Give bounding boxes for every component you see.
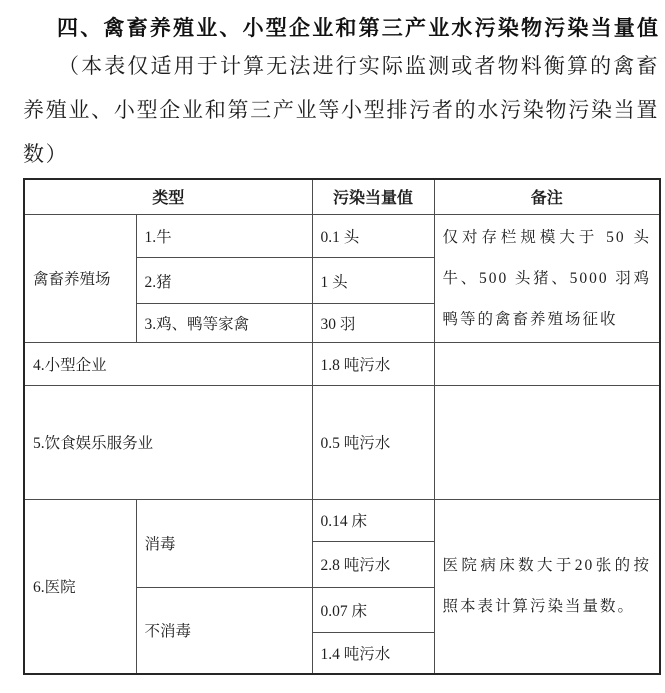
col-header-type: 类型 [24,179,312,214]
document-page: 四、禽畜养殖业、小型企业和第三产业水污染物污染当量值 （本表仅适用于计算无法进行… [0,0,665,693]
intro-paragraph: （本表仅适用于计算无法进行实际监测或者物料衡算的禽畜养殖业、小型企业和第三产业等… [23,44,659,176]
row-catering-service: 5.饮食娱乐服务业 0.5 吨污水 [24,385,660,499]
cell-value-undisinfected-bed: 0.07 床 [312,587,434,632]
cell-group-livestock-farm: 禽畜养殖场 [24,214,136,342]
cell-value-disinfected-water: 2.8 吨污水 [312,541,434,587]
cell-value-small-enterprise: 1.8 吨污水 [312,342,434,385]
cell-remark-hospital: 医院病床数大于20张的按照本表计算污染当量数。 [434,499,660,674]
cell-type-disinfected: 消毒 [136,499,312,587]
cell-type-poultry: 3.鸡、鸭等家禽 [136,303,312,342]
cell-remark-livestock: 仅对存栏规模大于 50 头牛、500 头猪、5000 羽鸡鸭等的禽畜养殖场征收 [434,214,660,342]
row-livestock-cattle: 禽畜养殖场 1.牛 0.1 头 仅对存栏规模大于 50 头牛、500 头猪、50… [24,214,660,258]
cell-value-catering-service: 0.5 吨污水 [312,385,434,499]
cell-type-small-enterprise: 4.小型企业 [24,342,312,385]
cell-value-cattle: 0.1 头 [312,214,434,258]
cell-type-undisinfected: 不消毒 [136,587,312,674]
cell-type-catering-service: 5.饮食娱乐服务业 [24,385,312,499]
col-header-value: 污染当量值 [312,179,434,214]
row-small-enterprise: 4.小型企业 1.8 吨污水 [24,342,660,385]
cell-remark-small-enterprise [434,342,660,385]
row-hospital-disinfected-bed: 6.医院 消毒 0.14 床 医院病床数大于20张的按照本表计算污染当量数。 [24,499,660,541]
col-header-remark: 备注 [434,179,660,214]
cell-group-hospital: 6.医院 [24,499,136,674]
header-row: 类型 污染当量值 备注 [24,179,660,214]
cell-type-pig: 2.猪 [136,258,312,304]
cell-value-undisinfected-water: 1.4 吨污水 [312,632,434,674]
cell-value-disinfected-bed: 0.14 床 [312,499,434,541]
section-title: 四、禽畜养殖业、小型企业和第三产业水污染物污染当量值 [0,0,665,40]
cell-value-poultry: 30 羽 [312,303,434,342]
pollution-equivalent-table: 类型 污染当量值 备注 禽畜养殖场 1.牛 0.1 头 仅对存栏规模大于 50 … [23,178,661,675]
cell-value-pig: 1 头 [312,258,434,304]
cell-remark-catering-service [434,385,660,499]
cell-type-cattle: 1.牛 [136,214,312,258]
